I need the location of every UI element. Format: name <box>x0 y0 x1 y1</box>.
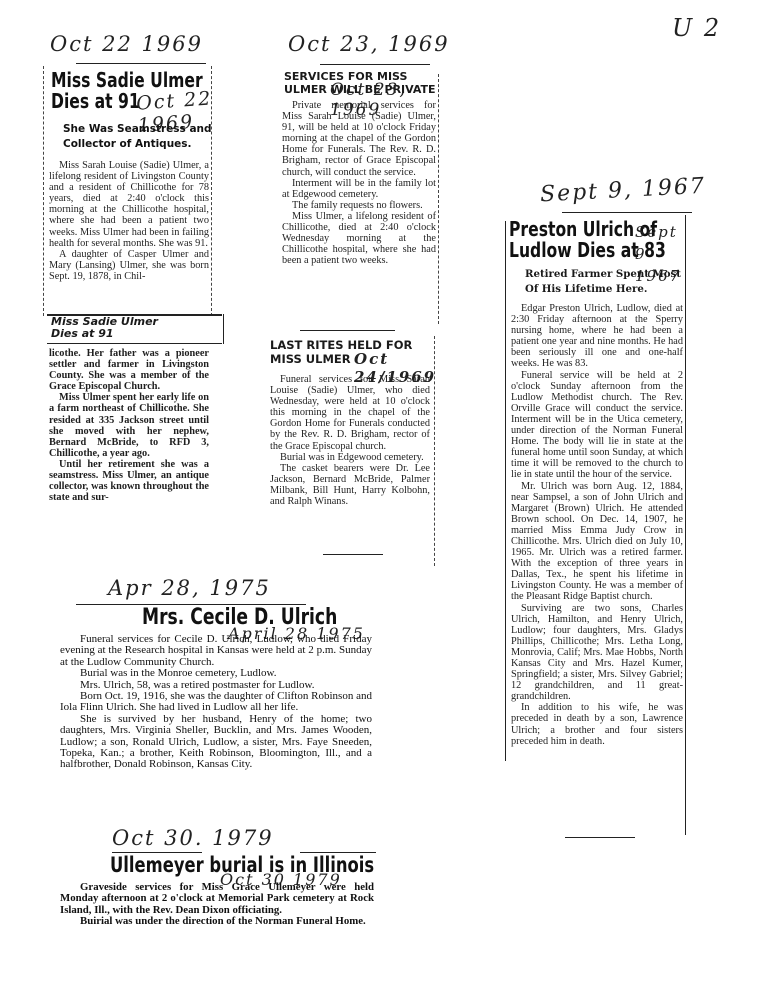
article-body: Private memorial services for Miss Sarah… <box>282 100 436 266</box>
clipping-sadie-ulmer-dies: Miss Sadie Ulmer Dies at 91 Oct 22 1969 … <box>45 66 215 566</box>
handwritten-date: Oct 22 1969 <box>50 32 203 56</box>
article-body: Edgar Preston Ulrich, Ludlow, died at 2:… <box>511 303 683 747</box>
handwritten-date: Sept 9, 1967 <box>539 174 706 208</box>
handwritten-date: Oct 23, 1969 <box>288 32 450 56</box>
clipping-preston-ulrich: Preston Ulrich of Ludlow Dies at 83 Sept… <box>505 215 690 835</box>
article-body: Funeral services for Miss Sarah Louise (… <box>270 374 430 507</box>
clipping-cecile-ulrich: Mrs. Cecile D. Ulrich April 28 1975 Fune… <box>60 604 390 774</box>
clipping-services-private: SERVICES FOR MISS ULMER WILL BE PRIVATE … <box>282 66 442 336</box>
page-mark: U 2 <box>672 14 721 42</box>
subheadline: Retired Farmer Spent Most Of His Lifetim… <box>525 267 681 297</box>
handwritten-date: Oct 30. 1979 <box>112 826 274 850</box>
article-body: Funeral services for Cecile D. Ulrich, L… <box>60 634 372 771</box>
article-body-part1: Miss Sarah Louise (Sadie) Ulmer, a lifel… <box>49 160 209 282</box>
clipping-grace-ullemeyer: Ullemeyer burial is in Illinois Oct 30 1… <box>60 852 380 942</box>
jump-headline: Miss Sadie Ulmer Dies at 91 <box>51 316 158 340</box>
subheadline: She Was Seamstress and Collector of Anti… <box>63 122 212 152</box>
article-body-part2: licothe. Her father was a pioneer settle… <box>49 348 209 503</box>
clipping-last-rites: LAST RITES HELD FOR MISS ULMER Oct 24/19… <box>268 336 438 571</box>
handwritten-date: Apr 28, 1975 <box>108 576 271 600</box>
article-body: Graveside services for Miss Grace Ulleme… <box>60 882 374 928</box>
